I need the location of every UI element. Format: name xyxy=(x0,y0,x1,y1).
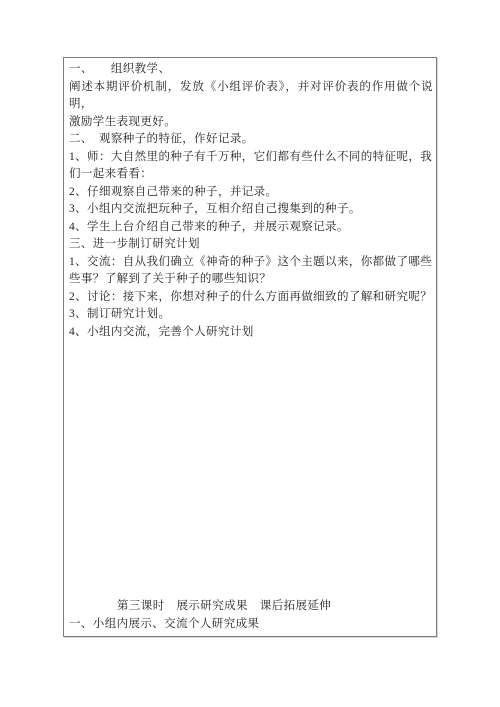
text-line: 4、学生上台介绍自己带来的种子，并展示观察记录。 xyxy=(69,219,433,237)
text-line: 4、小组内交流，完善个人研究计划 xyxy=(69,324,433,342)
text-line: 三、进一步制订研究计划 xyxy=(69,236,433,254)
text-line: 激励学生表现更好。 xyxy=(69,114,433,132)
footer-first-item: 一、小组内展示、交流个人研究成果 xyxy=(69,616,433,634)
lesson-plan-cell: 一、 组织教学、 阐述本期评价机制，发放《小组评价表》，并对评价表的作用做个说明… xyxy=(63,57,437,637)
text-line: 1、师：大自然里的种子有千万种，它们都有些什么不同的特征呢，我 xyxy=(69,149,433,167)
session-footer-block: 第三课时 展示研究成果 课后拓展延伸 一、小组内展示、交流个人研究成果 xyxy=(69,598,433,633)
text-line: 2、仔细观察自己带来的种子，并记录。 xyxy=(69,184,433,202)
lesson-steps-block: 一、 组织教学、 阐述本期评价机制，发放《小组评价表》，并对评价表的作用做个说明… xyxy=(69,61,433,341)
text-line: 3、制订研究计划。 xyxy=(69,306,433,324)
text-line: 2、讨论：接下来，你想对种子的什么方面再做细致的了解和研究呢？ xyxy=(69,289,433,307)
text-line: 们一起来看看： xyxy=(69,166,433,184)
session-heading: 第三课时 展示研究成果 课后拓展延伸 xyxy=(69,598,433,616)
text-line: 1、交流：自从我们确立《神奇的种子》这个主题以来，你都做了哪些 xyxy=(69,254,433,272)
text-line: 3、小组内交流把玩种子，互相介绍自己搜集到的种子。 xyxy=(69,201,433,219)
text-line: 阐述本期评价机制，发放《小组评价表》，并对评价表的作用做个说明， xyxy=(69,79,433,114)
text-line: 一、 组织教学、 xyxy=(69,61,433,79)
text-line: 些事？了解到了关于种子的哪些知识？ xyxy=(69,271,433,289)
document-page: 一、 组织教学、 阐述本期评价机制，发放《小组评价表》，并对评价表的作用做个说明… xyxy=(0,0,500,707)
text-line: 二、 观察种子的特征，作好记录。 xyxy=(69,131,433,149)
